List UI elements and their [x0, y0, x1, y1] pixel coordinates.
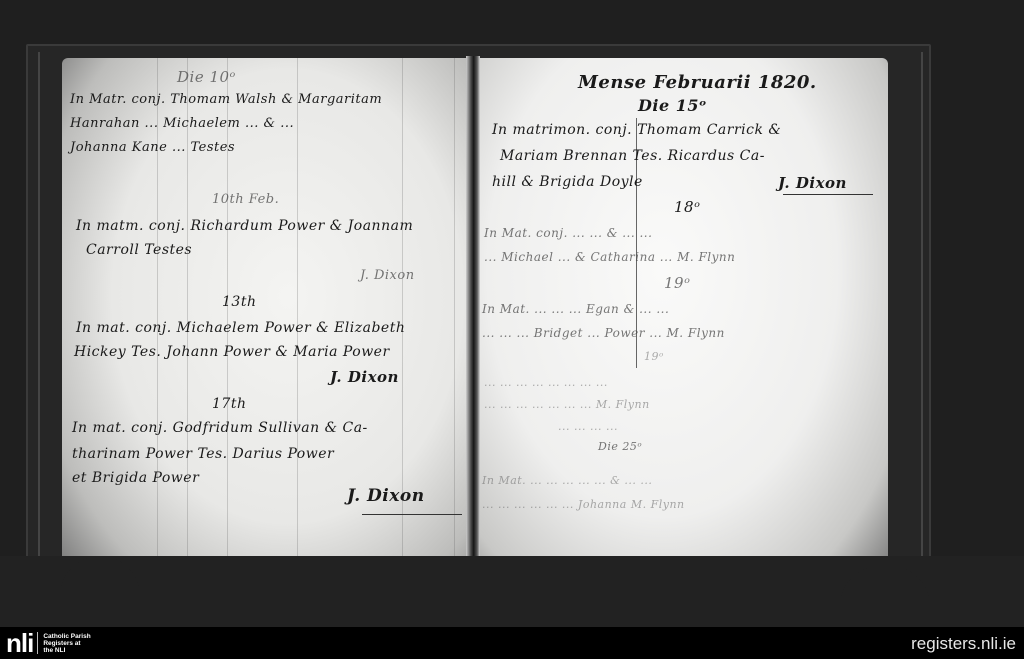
- entry-line: In mat. conj. Michaelem Power & Elizabet…: [76, 320, 405, 336]
- page-heading: Mense Februarii 1820.: [578, 72, 817, 93]
- right-page: Mense Februarii 1820. Die 15ᵒ In matrimo…: [478, 58, 888, 588]
- entry-date: 18ᵒ: [674, 198, 700, 216]
- logo-divider: [37, 632, 38, 654]
- entry-signature: J. Dixon: [347, 486, 425, 506]
- entry-line: Mariam Brennan Tes. Ricardus Ca-: [500, 148, 765, 164]
- entry-signature: J. Dixon: [360, 268, 415, 283]
- entry-date: 10th Feb.: [212, 192, 279, 207]
- entry-line: In Mat. conj. ... ... & ... ...: [484, 226, 652, 240]
- entry-line: In Matr. conj. Thomam Walsh & Margaritam: [70, 92, 382, 107]
- entry-signature: J. Dixon: [330, 368, 399, 386]
- entry-line: ... ... ... ... ... ... ... ...: [484, 376, 608, 389]
- entry-line: ... Michael ... & Catharina ... M. Flynn: [484, 250, 735, 264]
- footer-bar: nli Catholic Parish Registers at the NLI…: [0, 627, 1024, 659]
- entry-date: Die 25ᵒ: [598, 440, 642, 453]
- entry-line: Hanrahan ... Michaelem ... & ...: [70, 116, 294, 131]
- entry-line: tharinam Power Tes. Darius Power: [72, 446, 334, 462]
- book-gutter: [466, 56, 480, 590]
- entry-date: Die 15ᵒ: [638, 96, 707, 115]
- entry-line: In matm. conj. Richardum Power & Joannam: [76, 218, 413, 234]
- entry-line: In Mat. ... ... ... Egan & ... ...: [482, 302, 669, 316]
- site-url-link[interactable]: registers.nli.ie: [911, 634, 1016, 654]
- nli-logo[interactable]: nli Catholic Parish Registers at the NLI: [6, 631, 91, 655]
- left-page: Die 10ᵒ In Matr. conj. Thomam Walsh & Ma…: [62, 58, 472, 588]
- entry-date: 13th: [222, 294, 256, 310]
- entry-date: 19ᵒ: [664, 274, 690, 292]
- entry-signature: J. Dixon: [778, 174, 847, 192]
- nli-logo-text: Catholic Parish Registers at the NLI: [43, 633, 90, 654]
- entry-line: In Mat. ... ... ... ... ... & ... ...: [482, 474, 652, 487]
- entry-line: In matrimon. conj. Thomam Carrick &: [492, 122, 781, 138]
- entry-line: Johanna Kane ... Testes: [70, 140, 235, 155]
- register-scan-image: Die 10ᵒ In Matr. conj. Thomam Walsh & Ma…: [0, 0, 1024, 627]
- entry-line: ... ... ... ... ... ... Johanna M. Flynn: [482, 498, 685, 511]
- entry-line: et Brigida Power: [72, 470, 199, 486]
- entry-date: Die 10ᵒ: [177, 68, 236, 86]
- nli-logo-mark: nli: [6, 631, 33, 655]
- entry-line: ... ... ... ...: [558, 420, 618, 433]
- entry-line: hill & Brigida Doyle: [492, 174, 643, 190]
- entry-line: ... ... ... Bridget ... Power ... M. Fly…: [482, 326, 725, 340]
- entry-line: Hickey Tes. Johann Power & Maria Power: [74, 344, 390, 360]
- entry-line: Carroll Testes: [86, 242, 192, 258]
- entry-date: 19ᵒ: [644, 350, 664, 363]
- entry-line: In mat. conj. Godfridum Sullivan & Ca-: [72, 420, 368, 436]
- entry-line: ... ... ... ... ... ... ... M. Flynn: [484, 398, 650, 411]
- entry-date: 17th: [212, 396, 246, 412]
